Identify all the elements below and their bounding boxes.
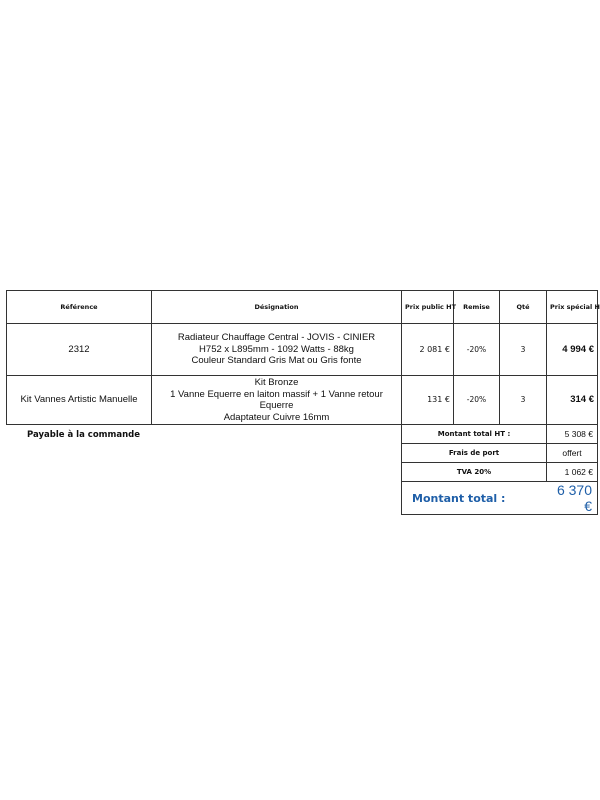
designation-line: Adaptateur Cuivre 16mm	[155, 412, 398, 424]
quote-table: Référence Désignation Prix public HT Rem…	[6, 290, 598, 425]
cell-quantity: 3	[500, 324, 547, 376]
table-row: Kit Vannes Artistic Manuelle Kit Bronze …	[7, 376, 598, 425]
cell-discount: -20%	[454, 324, 500, 376]
designation-line: Radiateur Chauffage Central - JOVIS - CI…	[155, 332, 398, 344]
subtotal-label: Montant total HT :	[402, 425, 547, 444]
grand-total-row: Montant total : 6 370 €	[402, 482, 598, 515]
designation-line: Couleur Standard Gris Mat ou Gris fonte	[155, 355, 398, 367]
cell-discount: -20%	[454, 376, 500, 425]
subtotal-row: Montant total HT : 5 308 €	[402, 425, 598, 444]
vat-label: TVA 20%	[402, 463, 547, 482]
cell-designation: Kit Bronze 1 Vanne Equerre en laiton mas…	[152, 376, 402, 425]
designation-line: Kit Bronze	[155, 377, 398, 389]
vat-value: 1 062 €	[547, 463, 598, 482]
cell-public-price: 2 081 €	[402, 324, 454, 376]
shipping-value: offert	[547, 444, 598, 463]
header-public-price: Prix public HT	[402, 291, 454, 324]
header-quantity: Qté	[500, 291, 547, 324]
header-discount: Remise	[454, 291, 500, 324]
payment-note: Payable à la commande	[27, 430, 140, 440]
grand-total-value: 6 370 €	[547, 482, 598, 515]
cell-designation: Radiateur Chauffage Central - JOVIS - CI…	[152, 324, 402, 376]
header-designation: Désignation	[152, 291, 402, 324]
designation-line: 1 Vanne Equerre en laiton massif + 1 Van…	[155, 389, 398, 412]
header-reference: Référence	[7, 291, 152, 324]
cell-special-price: 4 994 €	[547, 324, 598, 376]
designation-line: H752 x L895mm - 1092 Watts - 88kg	[155, 344, 398, 356]
cell-special-price: 314 €	[547, 376, 598, 425]
cell-quantity: 3	[500, 376, 547, 425]
table-row: 2312 Radiateur Chauffage Central - JOVIS…	[7, 324, 598, 376]
vat-row: TVA 20% 1 062 €	[402, 463, 598, 482]
subtotal-value: 5 308 €	[547, 425, 598, 444]
table-header-row: Référence Désignation Prix public HT Rem…	[7, 291, 598, 324]
grand-total-label: Montant total :	[402, 482, 547, 515]
header-special-price: Prix spécial HT	[547, 291, 598, 324]
cell-reference: 2312	[7, 324, 152, 376]
cell-reference: Kit Vannes Artistic Manuelle	[7, 376, 152, 425]
shipping-label: Frais de port	[402, 444, 547, 463]
totals-table: Montant total HT : 5 308 € Frais de port…	[401, 424, 598, 515]
cell-public-price: 131 €	[402, 376, 454, 425]
shipping-row: Frais de port offert	[402, 444, 598, 463]
